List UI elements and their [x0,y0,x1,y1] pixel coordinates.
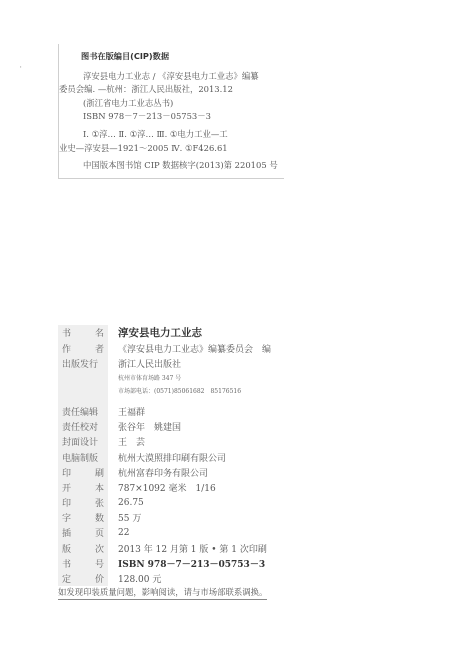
cip-isbn-line: ISBN 978－7－213－05753－3 [69,110,284,124]
cip-data-block: 图书在版编目(CIP)数据 淳安县电力工业志 / 《淳安县电力工业志》编纂 委员… [58,44,284,179]
value-book-title: 淳安县电力工业志 [108,325,202,340]
label-printing: 印 刷 [58,465,108,480]
row-spacer [58,397,298,404]
row-author: 作 者 《淳安县电力工业志》编纂委员会 编 [58,341,298,356]
value-isbn: ISBN 978－7－213－05753－3 [108,557,265,570]
cip-classification-line-2: 业史—淳安县—1921～2005 Ⅳ. ①F426.61 [59,142,284,156]
cip-classification-line-1: Ⅰ. ①淳… Ⅱ. ①淳… Ⅲ. ①电力工业—工 [69,128,284,142]
label-sheets: 印 张 [58,495,108,510]
value-edition: 2013 年 12 月第 1 版 • 第 1 次印刷 [108,542,267,555]
value-typesetting: 杭州大漠照排印刷有限公司 [108,451,226,464]
row-printing: 印 刷 杭州富春印务有限公司 [58,465,298,480]
row-plates: 插 页 22 [58,525,298,540]
stray-mark: ' [20,66,22,73]
value-phone: 市场部电话：(0571)85061682 85176516 [108,386,241,395]
label-edition: 版 次 [58,541,108,556]
row-cover-design: 封面设计 王 芸 [58,434,298,449]
quality-notice: 如发现印装质量问题，影响阅读，请与市场部联系调换。 [58,586,267,600]
row-edition: 版 次 2013 年 12 月第 1 版 • 第 1 次印刷 [58,541,298,556]
row-isbn: 书 号 ISBN 978－7－213－05753－3 [58,556,298,571]
label-editor: 责任编辑 [58,404,108,419]
label-book-title: 书 名 [58,325,108,341]
row-address: 杭州市体育场路 347 号 [58,371,298,384]
value-price: 128.00 元 [108,572,161,585]
row-proofreader: 责任校对 张谷年 姚建国 [58,419,298,434]
label-empty [58,384,108,397]
row-price: 定 价 128.00 元 [58,571,298,586]
value-publisher: 浙江人民出版社 [108,357,181,370]
cip-title: 图书在版编目(CIP)数据 [69,50,284,64]
label-proofreader: 责任校对 [58,419,108,434]
label-format: 开 本 [58,480,108,495]
row-editor: 责任编辑 王福群 [58,404,298,419]
value-cover-design: 王 芸 [108,435,145,448]
label-isbn: 书 号 [58,556,108,571]
label-publisher: 出版发行 [58,356,108,371]
value-editor: 王福群 [108,405,145,418]
cip-series-line: (浙江省电力工业志丛书) [69,97,284,111]
value-sheets: 26.75 [108,498,144,508]
row-phone: 市场部电话：(0571)85061682 85176516 [58,384,298,397]
label-empty [58,397,108,404]
row-book-title: 书 名 淳安县电力工业志 [58,325,298,341]
label-word-count: 字 数 [58,510,108,525]
colophon-table: 书 名 淳安县电力工业志 作 者 《淳安县电力工业志》编纂委员会 编 出版发行 … [58,325,298,586]
value-proofreader: 张谷年 姚建国 [108,420,181,433]
value-address: 杭州市体育场路 347 号 [108,373,181,382]
label-plates: 插 页 [58,525,108,540]
row-sheets: 印 张 26.75 [58,495,298,510]
row-word-count: 字 数 55 万 [58,510,298,525]
row-publisher: 出版发行 浙江人民出版社 [58,356,298,371]
cip-entry-line-2: 委员会编. —杭州：浙江人民出版社，2013.12 [59,83,284,97]
cip-number: 中国版本图书馆 CIP 数据核字(2013)第 220105 号 [69,159,284,173]
value-printing: 杭州富春印务有限公司 [108,466,208,479]
cip-entry-line-1: 淳安县电力工业志 / 《淳安县电力工业志》编纂 [69,70,284,84]
label-cover-design: 封面设计 [58,434,108,449]
value-author: 《淳安县电力工业志》编纂委员会 编 [108,342,271,355]
label-empty [58,371,108,384]
value-word-count: 55 万 [108,511,141,524]
value-format: 787×1092 毫米 1/16 [108,481,216,494]
value-plates: 22 [108,528,129,538]
label-typesetting: 电脑制版 [58,449,108,464]
row-typesetting: 电脑制版 杭州大漠照排印刷有限公司 [58,449,298,464]
label-author: 作 者 [58,341,108,356]
row-format: 开 本 787×1092 毫米 1/16 [58,480,298,495]
label-price: 定 价 [58,571,108,586]
